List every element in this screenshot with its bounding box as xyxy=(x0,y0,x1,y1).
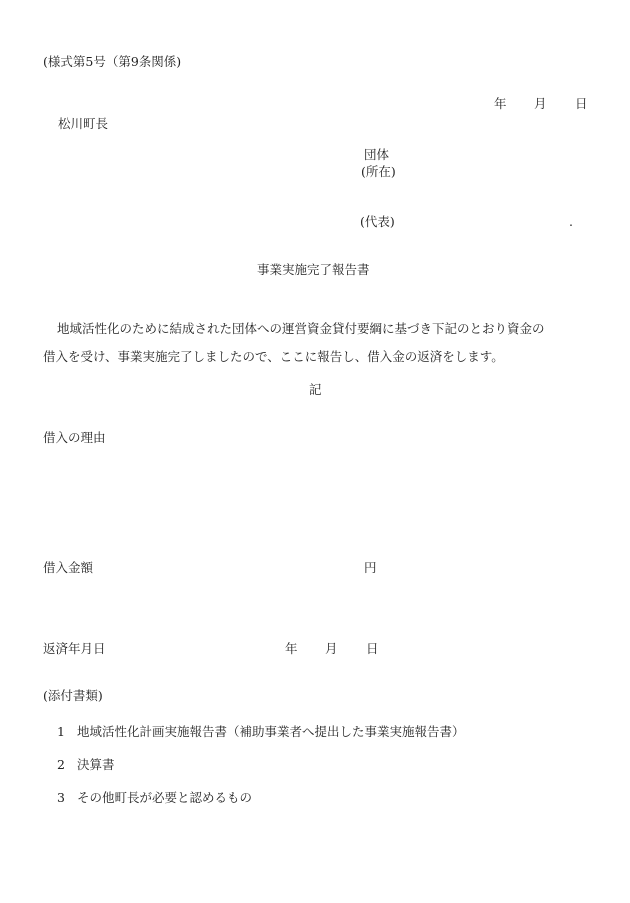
representative-label: (代表) xyxy=(360,216,395,229)
body-text-line-1: 地域活性化のために結成された団体への運営資金貸付要綱に基づき下記のとおり資金の xyxy=(57,323,545,336)
repayment-date-label: 返済年月日 xyxy=(43,643,106,656)
attachment-number: 1 xyxy=(57,726,77,739)
body-text-line-2: 借入を受け、事業実施完了しましたので、ここに報告し、借入金の返済をします。 xyxy=(43,351,504,364)
date-day-label: 日 xyxy=(575,98,588,111)
organization-label: 団体 xyxy=(364,149,389,162)
attachment-number: 3 xyxy=(57,792,77,805)
ki-heading: 記 xyxy=(309,384,322,397)
attachment-text: 地域活性化計画実施報告書（補助事業者へ提出した事業実施報告書） xyxy=(77,724,465,739)
repayment-day-label: 日 xyxy=(366,643,379,656)
attachments-heading: (添付書類) xyxy=(43,690,103,703)
addressee: 松川町長 xyxy=(58,118,108,131)
form-number: (様式第5号（第9条関係) xyxy=(43,56,181,69)
organization-address-label: (所在) xyxy=(361,166,396,179)
attachment-item: 3その他町長が必要と認めるもの xyxy=(57,792,252,805)
borrowing-reason-label: 借入の理由 xyxy=(43,432,106,445)
repayment-year-label: 年 xyxy=(285,643,298,656)
attachment-number: 2 xyxy=(57,759,77,772)
borrowing-amount-label: 借入金額 xyxy=(43,562,93,575)
attachment-text: その他町長が必要と認めるもの xyxy=(77,790,252,805)
date-month-label: 月 xyxy=(534,98,547,111)
attachment-item: 1地域活性化計画実施報告書（補助事業者へ提出した事業実施報告書） xyxy=(57,726,465,739)
document-title: 事業実施完了報告書 xyxy=(257,264,370,277)
date-year-label: 年 xyxy=(494,98,507,111)
seal-mark: . xyxy=(569,216,573,229)
attachment-item: 2決算書 xyxy=(57,759,115,772)
repayment-month-label: 月 xyxy=(325,643,338,656)
amount-unit-yen: 円 xyxy=(364,562,377,575)
attachment-text: 決算書 xyxy=(77,757,115,772)
